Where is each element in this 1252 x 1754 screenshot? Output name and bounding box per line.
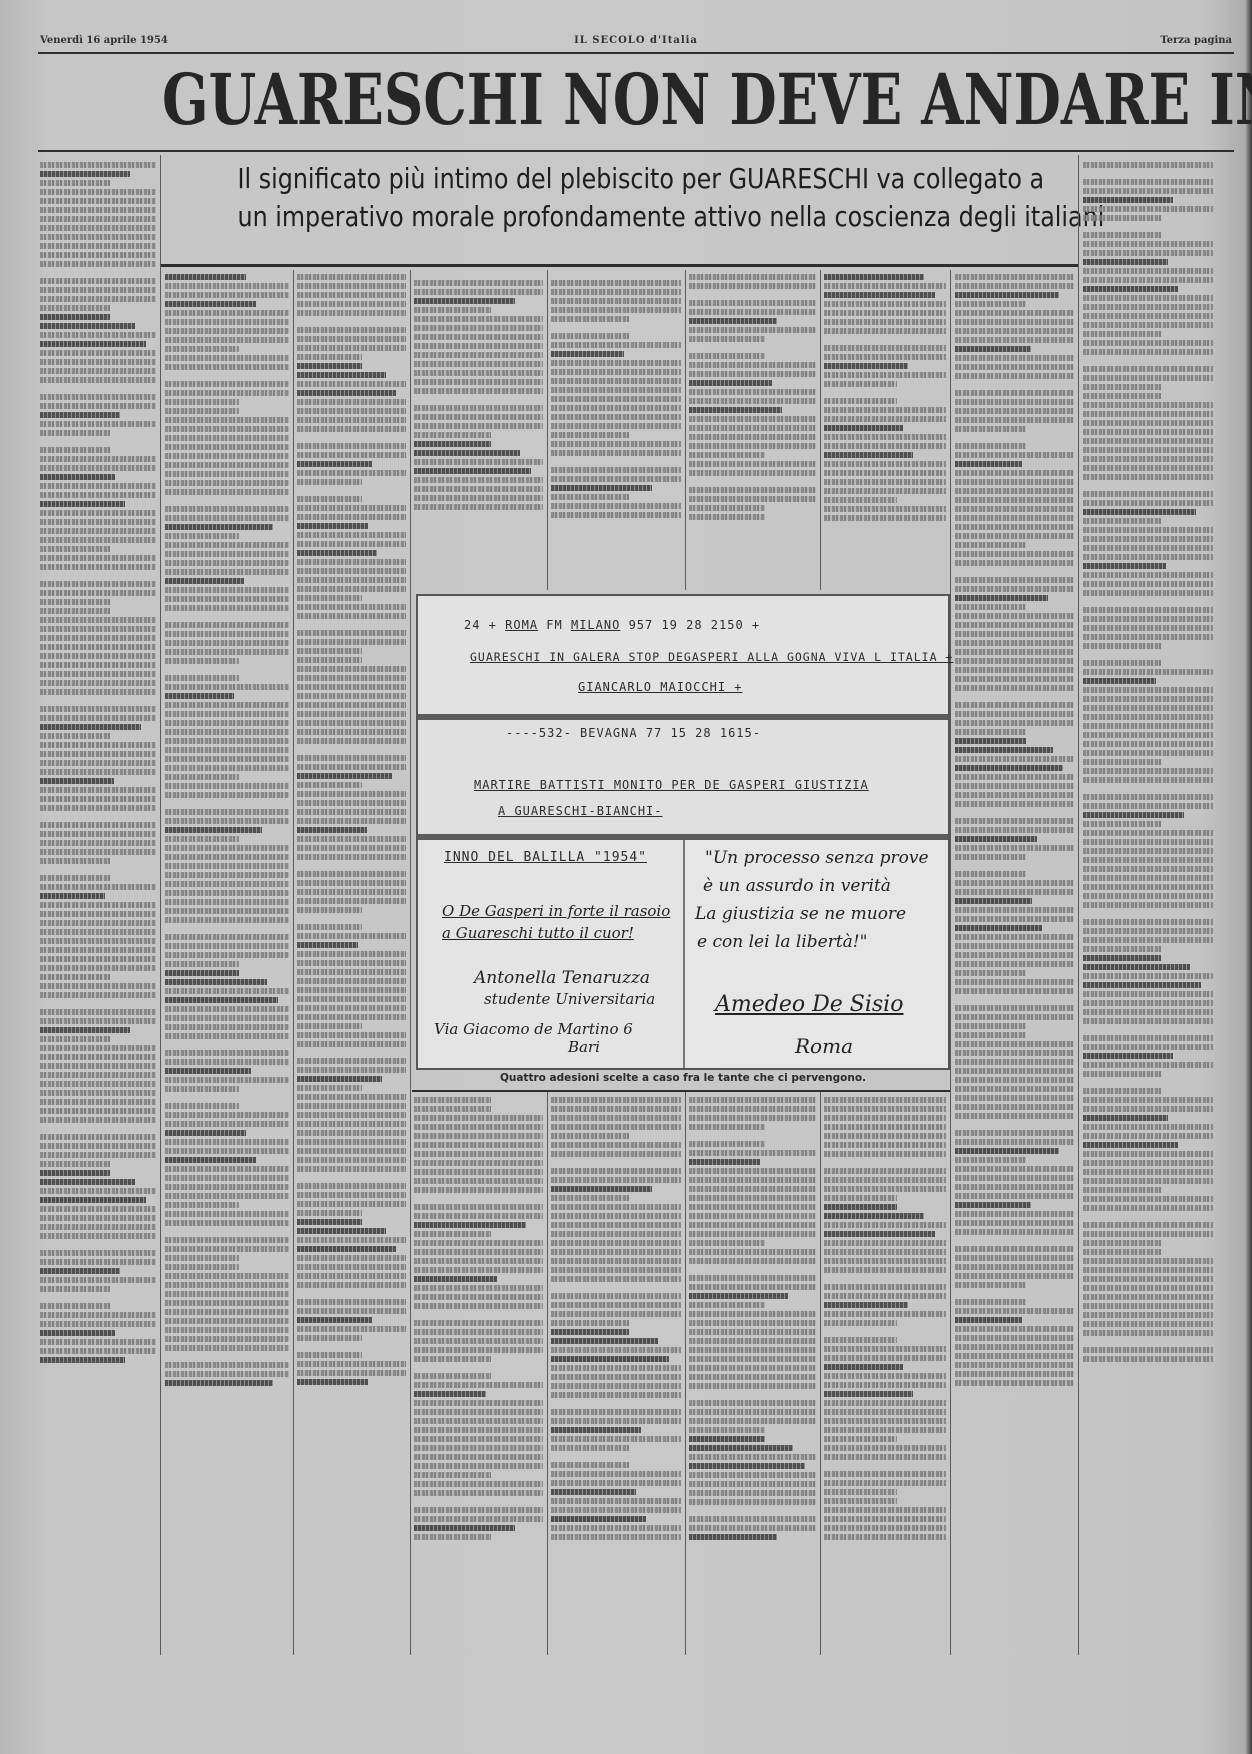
text-line [824, 1525, 946, 1531]
text-line [1083, 402, 1213, 408]
text-line [165, 551, 289, 557]
text-line [824, 1463, 946, 1469]
text-line [165, 667, 289, 673]
text-line [414, 1213, 543, 1219]
text-line [297, 1067, 406, 1073]
text-line [297, 336, 406, 342]
letter-city: Roma [795, 1034, 853, 1058]
text-line [165, 364, 289, 370]
text-line [297, 907, 362, 913]
text-line [551, 387, 681, 393]
text-line [689, 434, 816, 440]
text-line [1083, 1115, 1168, 1121]
text-line [165, 292, 289, 298]
text-line [1083, 206, 1213, 212]
text-line [297, 987, 406, 993]
text-line [1083, 678, 1156, 684]
text-line [1083, 625, 1213, 631]
text-line [1083, 197, 1173, 203]
text-line [955, 1041, 1074, 1047]
text-line [297, 622, 406, 628]
text-line [1083, 259, 1168, 265]
text-line [955, 1202, 1031, 1208]
text-line [1083, 232, 1161, 238]
text-line [551, 1168, 681, 1174]
text-line [297, 1032, 406, 1038]
text-line [165, 515, 289, 521]
text-line [414, 423, 543, 429]
text-line [824, 1391, 913, 1397]
text-line [955, 1255, 1074, 1261]
text-line [165, 1327, 289, 1333]
text-column-10 [414, 1095, 543, 1650]
text-line [297, 791, 406, 797]
text-line [165, 622, 289, 628]
text-line [955, 301, 1026, 307]
text-line [297, 1139, 406, 1145]
text-line [1083, 1347, 1213, 1353]
text-line [551, 1267, 681, 1273]
text-line [955, 685, 1074, 691]
text-line [824, 1311, 946, 1317]
text-line [165, 1362, 289, 1368]
text-line [297, 933, 406, 939]
text-line [1083, 1044, 1213, 1050]
text-line [297, 1157, 406, 1163]
text-line [955, 551, 1074, 557]
text-line [165, 1024, 289, 1030]
text-line [551, 1276, 681, 1282]
text-line [551, 423, 681, 429]
text-line [297, 461, 372, 467]
text-line [40, 234, 156, 240]
text-line [824, 354, 946, 360]
text-line [297, 550, 377, 556]
text-line [955, 738, 1026, 744]
text-line [297, 505, 406, 511]
text-line [1083, 1303, 1213, 1309]
text-line [414, 1507, 543, 1513]
text-line [1083, 884, 1213, 890]
text-line [551, 1427, 641, 1433]
text-line [40, 867, 156, 873]
text-column-7 [824, 272, 946, 587]
text-line [824, 1373, 946, 1379]
text-line [297, 408, 406, 414]
text-line [824, 461, 946, 467]
text-line [40, 796, 156, 802]
text-line [955, 863, 1074, 869]
text-line [955, 479, 1074, 485]
text-line [165, 1103, 239, 1109]
text-line [689, 1311, 816, 1317]
text-line [165, 471, 289, 477]
text-line [1083, 660, 1161, 666]
text-line [551, 1124, 681, 1130]
text-line [1083, 590, 1213, 596]
text-line [414, 1160, 543, 1166]
text-line [551, 1097, 681, 1103]
text-line [40, 1152, 156, 1158]
text-line [297, 1023, 362, 1029]
text-line [1083, 741, 1213, 747]
letter-title: INNO DEL BALILLA "1954" [444, 850, 647, 865]
text-line [297, 577, 406, 583]
text-line [165, 917, 289, 923]
text-line [40, 1215, 156, 1221]
text-line [40, 573, 156, 579]
text-line [40, 377, 156, 383]
text-line [414, 1463, 543, 1469]
text-line [414, 1267, 543, 1273]
text-line [824, 1445, 946, 1451]
text-line [955, 595, 1048, 601]
text-line [551, 476, 681, 482]
text-line [414, 1481, 543, 1487]
text-line [824, 407, 946, 413]
text-line [414, 441, 491, 447]
text-line [297, 711, 406, 717]
text-line [40, 555, 156, 561]
text-line [955, 373, 1074, 379]
text-line [955, 1193, 1074, 1199]
text-line [414, 1418, 543, 1424]
text-line [165, 809, 289, 815]
text-line [551, 289, 681, 295]
text-line [955, 283, 1074, 289]
text-line [1083, 491, 1213, 497]
text-line [824, 363, 908, 369]
text-line [40, 769, 156, 775]
text-line [165, 961, 239, 967]
text-line [689, 1383, 816, 1389]
text-line [1083, 1214, 1213, 1220]
text-line [689, 398, 816, 404]
text-line [165, 569, 289, 575]
text-line [297, 292, 406, 298]
text-line [1083, 1294, 1213, 1300]
text-line [40, 198, 156, 204]
letters-photo-inset: 24 + ROMA FM MILANO 957 19 28 2150 + GUA… [416, 594, 950, 1070]
text-line [414, 280, 543, 286]
letter-role: studente Universitaria [484, 990, 655, 1008]
text-line [40, 501, 125, 507]
text-line [955, 1005, 1074, 1011]
photo-caption: Quattro adesioni scelte a caso fra le ta… [416, 1072, 950, 1084]
text-line [689, 1409, 816, 1415]
text-line [40, 965, 156, 971]
text-line [40, 519, 156, 525]
text-line [1083, 893, 1213, 899]
text-line [414, 352, 543, 358]
text-line [1083, 554, 1213, 560]
text-line [1083, 1000, 1213, 1006]
text-line [1083, 669, 1213, 675]
text-line [414, 1391, 486, 1397]
text-line [297, 532, 406, 538]
text-line [165, 1371, 289, 1377]
text-column-8 [955, 272, 1074, 1650]
text-line [414, 1106, 491, 1112]
text-line [689, 514, 765, 520]
text-line [414, 289, 543, 295]
text-line [40, 270, 156, 276]
headline-rule [38, 150, 1234, 152]
text-line [955, 1371, 1074, 1377]
text-line [955, 810, 1074, 816]
text-line [297, 488, 406, 494]
text-line [955, 1104, 1074, 1110]
text-line [165, 319, 289, 325]
text-line [165, 489, 289, 495]
text-line [955, 836, 1037, 842]
text-line [1083, 322, 1213, 328]
text-line [824, 497, 897, 503]
text-line [165, 765, 289, 771]
text-line [1083, 1321, 1213, 1327]
text-line [689, 300, 816, 306]
text-line [414, 1285, 543, 1291]
text-line [40, 261, 156, 267]
letter-city: Bari [568, 1038, 600, 1056]
letter-line: "Un processo senza prove [705, 848, 929, 868]
text-line [297, 1291, 406, 1297]
text-line [414, 513, 543, 519]
text-line [955, 889, 1074, 895]
text-line [40, 1224, 156, 1230]
text-line [297, 1041, 406, 1047]
column-divider [820, 1092, 821, 1655]
text-line [40, 617, 156, 623]
text-line [689, 389, 816, 395]
text-line [1083, 1196, 1213, 1202]
text-line [40, 840, 156, 846]
text-line [165, 1166, 289, 1172]
text-line [297, 541, 406, 547]
text-line [689, 1213, 816, 1219]
text-line [1083, 1080, 1213, 1086]
text-line [1083, 366, 1213, 372]
text-line [551, 441, 681, 447]
text-line [955, 702, 1074, 708]
text-line [824, 1320, 897, 1326]
text-line [165, 988, 289, 994]
text-line [297, 960, 406, 966]
text-line [955, 506, 1074, 512]
text-line [824, 1186, 946, 1192]
text-line [1083, 1330, 1213, 1336]
text-line [40, 278, 156, 284]
text-line [414, 1097, 491, 1103]
page-edge-shadow [1246, 0, 1252, 1754]
text-line [297, 586, 406, 592]
text-line [40, 510, 156, 516]
text-line [40, 858, 110, 864]
text-line [955, 577, 1074, 583]
text-line [689, 1499, 816, 1505]
text-line [165, 1059, 289, 1065]
text-line [1083, 946, 1161, 952]
text-line [1083, 509, 1196, 515]
text-line [165, 283, 289, 289]
text-line [40, 1179, 135, 1185]
text-line [40, 599, 110, 605]
text-line [40, 689, 156, 695]
text-line [1083, 643, 1161, 649]
text-line [551, 1462, 629, 1468]
text-line [297, 345, 406, 351]
text-line [551, 272, 681, 278]
text-line [165, 801, 289, 807]
text-line [40, 911, 156, 917]
text-line [297, 568, 406, 574]
text-line [165, 587, 289, 593]
text-line [414, 388, 543, 394]
text-line [1083, 456, 1213, 462]
text-line [1083, 500, 1213, 506]
text-line [955, 1317, 1022, 1323]
text-line [40, 733, 110, 739]
text-line [1083, 349, 1213, 355]
text-line [40, 1259, 156, 1265]
text-line [165, 675, 239, 681]
text-line [551, 360, 681, 366]
text-line [955, 390, 1074, 396]
text-line [297, 1175, 406, 1181]
text-line [1083, 714, 1213, 720]
text-line [1083, 634, 1213, 640]
text-line [297, 1210, 362, 1216]
text-line [689, 443, 816, 449]
text-line [955, 1264, 1074, 1270]
text-line [40, 180, 110, 186]
text-line [165, 346, 239, 352]
text-line [1083, 599, 1213, 605]
text-line [165, 1095, 289, 1101]
text-line [824, 319, 946, 325]
text-line [414, 1490, 543, 1496]
text-line [1083, 1169, 1213, 1175]
text-line [955, 274, 1074, 280]
text-line [1083, 215, 1161, 221]
text-line [297, 684, 406, 690]
text-line [824, 1115, 946, 1121]
text-line [955, 337, 1074, 343]
text-line [1083, 964, 1190, 970]
text-line [297, 871, 406, 877]
text-line [955, 907, 1074, 913]
text-line [1083, 875, 1213, 881]
text-line [40, 492, 156, 498]
text-line [689, 452, 765, 458]
text-line [689, 1267, 816, 1273]
text-line [1083, 1285, 1213, 1291]
text-line [40, 403, 156, 409]
text-line [824, 1302, 908, 1308]
text-line [40, 465, 156, 471]
telegram-bianchi: ----532- BEVAGNA 77 15 28 1615- MARTIRE … [418, 720, 948, 840]
text-line [1083, 687, 1213, 693]
text-line [955, 533, 1074, 539]
text-line [40, 207, 156, 213]
text-line [824, 1355, 946, 1361]
text-line [955, 1308, 1074, 1314]
text-line [40, 456, 156, 462]
text-line [955, 827, 1074, 833]
text-line [955, 970, 1026, 976]
text-line [297, 836, 406, 842]
text-line [414, 1276, 497, 1282]
text-line [297, 1201, 406, 1207]
text-line [414, 459, 543, 465]
letter-line: è un assurdo in verità [703, 876, 891, 896]
text-line [689, 1124, 765, 1130]
text-column-9 [1083, 160, 1213, 1650]
text-line [955, 497, 1074, 503]
text-line [414, 325, 543, 331]
text-line [955, 1157, 1026, 1163]
text-column-3 [297, 272, 406, 1650]
text-line [551, 1204, 681, 1210]
text-line [297, 417, 406, 423]
text-line [955, 355, 1074, 361]
text-line [689, 1338, 816, 1344]
text-line [165, 328, 289, 334]
text-line [689, 1240, 765, 1246]
text-line [689, 1320, 816, 1326]
text-line [297, 889, 406, 895]
text-line [414, 405, 543, 411]
text-line [551, 333, 629, 339]
text-line [1083, 768, 1213, 774]
text-line [297, 924, 362, 930]
text-line [955, 961, 1074, 967]
text-line [824, 1240, 946, 1246]
text-line [1083, 812, 1184, 818]
text-line [824, 398, 897, 404]
text-line [297, 996, 406, 1002]
text-line [551, 1115, 681, 1121]
text-line [297, 1361, 406, 1367]
text-line [297, 773, 392, 779]
text-line [1083, 991, 1213, 997]
text-line [1083, 696, 1213, 702]
text-line [165, 614, 289, 620]
text-line [1083, 1151, 1213, 1157]
text-line [414, 1356, 491, 1362]
text-line [297, 1014, 406, 1020]
text-line [689, 1481, 816, 1487]
text-line [297, 720, 406, 726]
text-line [40, 1233, 156, 1239]
text-line [1083, 607, 1213, 613]
letter-address: Via Giacomo de Martino 6 [434, 1020, 633, 1038]
text-line [40, 1081, 156, 1087]
text-line [689, 461, 816, 467]
text-line [165, 578, 244, 584]
text-line [40, 243, 156, 249]
text-line [165, 1006, 289, 1012]
text-line [40, 715, 156, 721]
text-line [689, 353, 765, 359]
text-line [824, 274, 924, 280]
text-line [165, 1318, 289, 1324]
text-line [955, 916, 1074, 922]
text-line [297, 845, 406, 851]
text-line [414, 316, 543, 322]
text-line [165, 1229, 289, 1235]
text-line [955, 1095, 1074, 1101]
